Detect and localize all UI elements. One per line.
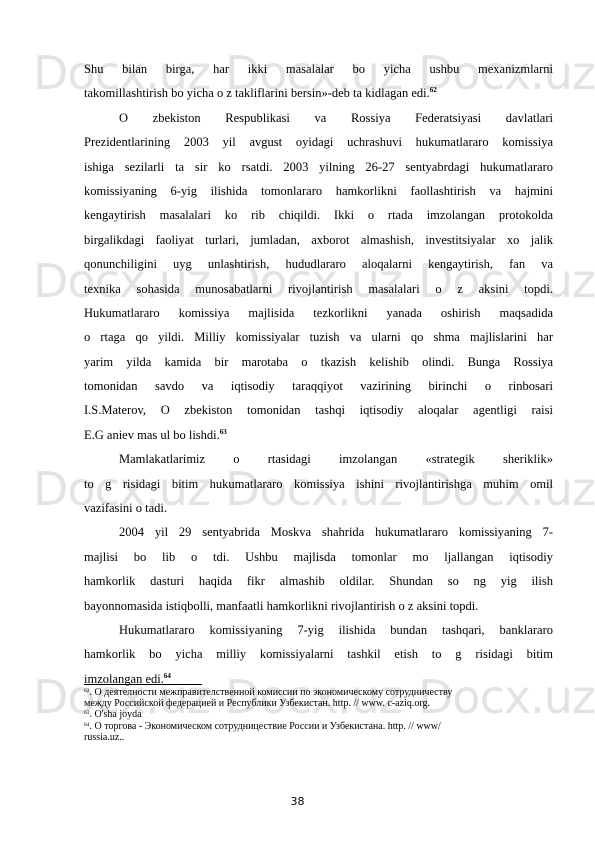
- paragraph-line: yarim yilda kamida bir marotaba o tkazis…: [84, 350, 553, 374]
- footnote-64: 64. О торгова - Экономическом сотруднице…: [84, 721, 544, 732]
- paragraph-line: majlisi bo lib o tdi. Ushbu majlisda tom…: [84, 545, 553, 569]
- paragraph-line: E.G aniev mas ul bo lishdi.63: [84, 423, 553, 447]
- paragraph-line: 2004 yil 29 sentyabrida Moskva shahrida …: [84, 520, 553, 544]
- paragraph-line: Shu bilan birga, har ikki masalalar bo y…: [84, 57, 553, 81]
- paragraph-line: vazifasini o tadi.: [84, 496, 553, 520]
- footnote-62: 62. О деятелности межправителственной ко…: [84, 687, 544, 698]
- paragraph-line: bayonnomasida istiqbolli, manfaatli hamk…: [84, 594, 553, 618]
- paragraph-line: takomillashtirish bo yicha o z takliflar…: [84, 81, 553, 105]
- footnote-ref[interactable]: 64: [164, 672, 171, 680]
- paragraph-line: Hukumatlararo komissiya majlisida tezkor…: [84, 301, 553, 325]
- footnote-separator: [84, 684, 202, 685]
- paragraph-line: I.S.Materov, O zbekiston tomonidan tashq…: [84, 398, 553, 422]
- footnote-text: между Российской федерацией и Республики…: [84, 698, 430, 709]
- paragraph-line: hamkorlik bo yicha milliy komissiyalarni…: [84, 642, 553, 666]
- footnotes: 62. О деятелности межправителственной ко…: [84, 687, 544, 743]
- paragraph-line: texnika sohasida munosabatlarni rivojlan…: [84, 277, 553, 301]
- footnote-text: russia.uz..: [84, 732, 124, 743]
- paragraph-line: komissiyaning 6-yig ilishida tomonlararo…: [84, 179, 553, 203]
- footnote-text: . О торгова - Экономическом сотрудницест…: [90, 721, 441, 732]
- footnote-62-cont: между Российской федерацией и Республики…: [84, 698, 544, 709]
- paragraph-line: O zbekiston Respublikasi va Rossiya Fede…: [84, 106, 553, 130]
- document-body: Shu bilan birga, har ikki masalalar bo y…: [84, 57, 553, 691]
- footnote-text: . О деятелности межправителственной коми…: [90, 687, 453, 698]
- paragraph-line: qonunchiligini uyg unlashtirish, hududla…: [84, 252, 553, 276]
- footnote-64-cont: russia.uz..: [84, 732, 544, 743]
- paragraph-line: o rtaga qo yildi. Milliy komissiyalar tu…: [84, 325, 553, 349]
- paragraph-line: ishiga sezilarli ta sir ko rsatdi. 2003 …: [84, 155, 553, 179]
- footnote-ref[interactable]: 62: [430, 86, 437, 94]
- footnote-ref[interactable]: 63: [220, 428, 227, 436]
- footnote-63: 63. O'sha joyda: [84, 709, 544, 720]
- paragraph-line: Mamlakatlarimiz o rtasidagi imzolangan «…: [84, 447, 553, 471]
- paragraph-line: Prezidentlarining 2003 yil avgust oyidag…: [84, 130, 553, 154]
- page-number: 38: [0, 795, 595, 808]
- paragraph-line: tomonidan savdo va iqtisodiy taraqqiyot …: [84, 374, 553, 398]
- paragraph-line: to g risidagi bitim hukumatlararo komiss…: [84, 472, 553, 496]
- footnote-text: . O'sha joyda: [90, 709, 142, 720]
- paragraph-line: kengaytirish masalalari ko rib chiqildi.…: [84, 203, 553, 227]
- paragraph-line: Hukumatlararo komissiyaning 7-yig ilishi…: [84, 618, 553, 642]
- paragraph-line: birgalikdagi faoliyat turlari, jumladan,…: [84, 228, 553, 252]
- paragraph-line: hamkorlik dasturi haqida fikr almashib o…: [84, 569, 553, 593]
